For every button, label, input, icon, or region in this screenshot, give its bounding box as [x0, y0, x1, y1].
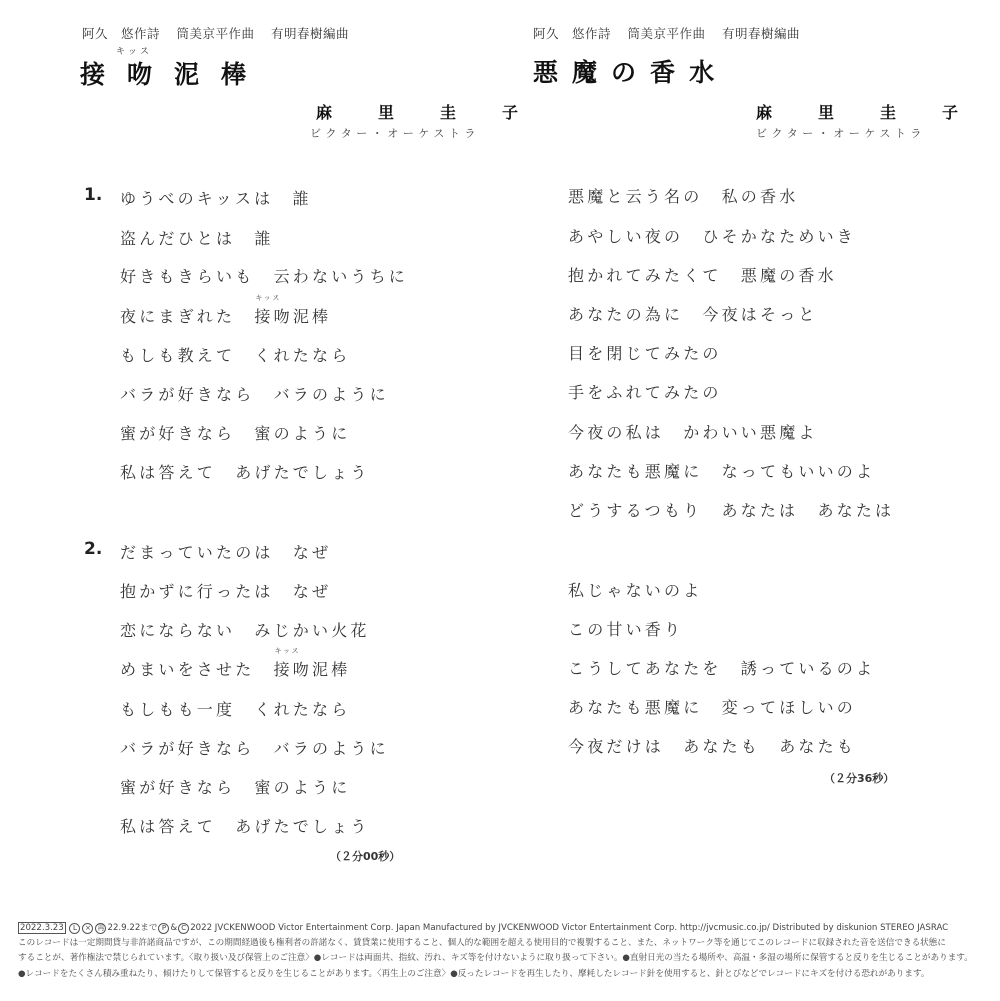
phonogram-icon: P: [158, 923, 169, 934]
lyric-line: 蜜が好きなら 蜜のように: [120, 775, 350, 798]
song2-title: 悪魔の香水: [533, 53, 728, 89]
song1-title: 接吻泥棒: [80, 55, 268, 91]
lyric-line: 目を閉じてみたの: [568, 341, 722, 364]
lyric-line: めまいをさせた キッス接吻泥棒: [120, 657, 350, 680]
song1-duration: （２分00秒）: [330, 848, 400, 864]
lyric-line: バラが好きなら バラのように: [120, 382, 389, 405]
footer-line-copyright: 2022.3.23 L×再22.9.22までP&C2022 JVCKENWOOD…: [18, 921, 998, 936]
lyric-line: どうするつもり あなたは あなたは: [568, 498, 894, 521]
mark-l-icon: L: [69, 923, 80, 934]
lyric-line: だまっていたのは なぜ: [120, 540, 331, 563]
lyric-line: 好きもきらいも 云わないうちに: [120, 264, 408, 287]
lyric-line: あなたも悪魔に なってもいいのよ: [568, 459, 875, 482]
song2-artist: 麻里圭子: [756, 100, 958, 123]
lyric-line: 私は答えて あげたでしょう: [120, 814, 370, 837]
legal-footer: 2022.3.23 L×再22.9.22までP&C2022 JVCKENWOOD…: [18, 921, 998, 982]
lyric-line: 抱かずに行ったは なぜ: [120, 579, 331, 602]
lyric-line: あやしい夜の ひそかなためいき: [568, 224, 856, 247]
song2-orchestra: ビクター・オーケストラ: [756, 125, 926, 141]
song1-artist: 麻里圭子: [316, 100, 518, 123]
mark-x-icon: ×: [82, 923, 93, 934]
lyric-line: 夜にまぎれた キッス接吻泥棒: [120, 304, 331, 327]
song1-orchestra: ビクター・オーケストラ: [310, 125, 480, 141]
lyric-line: バラが好きなら バラのように: [120, 736, 389, 759]
lyric-line: 私じゃないのよ: [568, 578, 702, 601]
copyright-icon: C: [178, 923, 189, 934]
lyric-line: もしもも一度 くれたなら: [120, 697, 350, 720]
lyric-line: あなたも悪魔に 変ってほしいの: [568, 695, 856, 718]
rental-date-box: 2022.3.23: [18, 922, 66, 934]
footer-line-handling: することが、著作権法で禁じられています。〈取り扱い及び保管上のご注意〉●レコード…: [18, 951, 998, 966]
lyric-line: この甘い香り: [568, 617, 683, 640]
lyric-line: あなたの為に 今夜はそっと: [568, 302, 818, 325]
song1-credits: 阿久 悠作詩 筒美京平作曲 有明春樹編曲: [82, 24, 361, 42]
arranger-credit: 有明春樹編曲: [271, 26, 349, 41]
lyric-line: 抱かれてみたくて 悪魔の香水: [568, 263, 837, 286]
footer-line-rental: このレコードは一定期間貸与非許諾商品ですが、この期間経過後も権利者の許諾なく、賃…: [18, 936, 998, 951]
lyricist-credit: 阿久 悠作詩: [533, 26, 611, 41]
song2-credits: 阿久 悠作詩 筒美京平作曲 有明春樹編曲: [533, 24, 812, 42]
lyricist-credit: 阿久 悠作詩: [82, 26, 160, 41]
mark-re-icon: 再: [95, 923, 106, 934]
ruby-word: キッス接吻: [254, 304, 292, 327]
lyric-line: こうしてあなたを 誘っているのよ: [568, 656, 875, 679]
lyric-line: 今夜だけは あなたも あなたも: [568, 734, 856, 757]
ruby-word: キッス接吻: [274, 657, 312, 680]
lyric-line: 盗んだひとは 誰: [120, 226, 274, 249]
lyric-line: 蜜が好きなら 蜜のように: [120, 421, 350, 444]
lyric-line: 悪魔と云う名の 私の香水: [568, 184, 798, 207]
verse-number: 1.: [84, 185, 102, 205]
verse-number: 2.: [84, 539, 102, 559]
lyric-line: 今夜の私は かわいい悪魔よ: [568, 420, 818, 443]
lyric-line: もしも教えて くれたなら: [120, 343, 350, 366]
composer-credit: 筒美京平作曲: [177, 26, 255, 41]
song2-duration: （２分36秒）: [824, 770, 894, 786]
footer-line-playback: ●レコードをたくさん積み重ねたり、傾けたりして保管すると反りを生じることがありま…: [18, 967, 998, 982]
lyric-line: 手をふれてみたの: [568, 380, 722, 403]
lyric-line: ゆうべのキッスは 誰: [120, 186, 312, 209]
composer-credit: 筒美京平作曲: [628, 26, 706, 41]
lyric-line: 私は答えて あげたでしょう: [120, 460, 370, 483]
lyric-line: 恋にならない みじかい火花: [120, 618, 370, 641]
arranger-credit: 有明春樹編曲: [722, 26, 800, 41]
